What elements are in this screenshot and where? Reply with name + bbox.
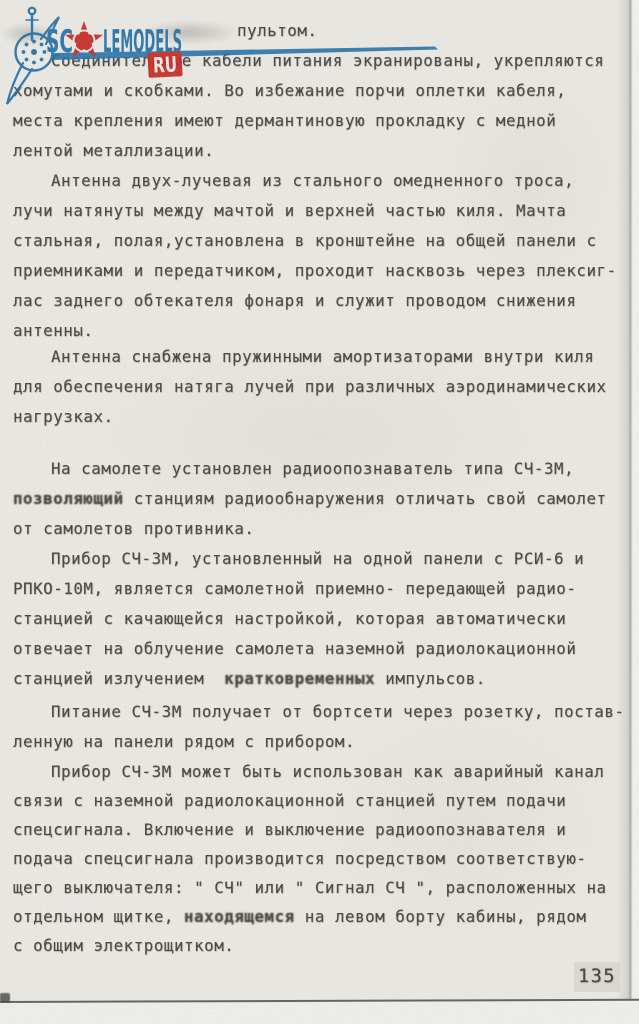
text-line: связи с наземной радиолокационной станци… bbox=[13, 786, 635, 815]
paragraph: На самолете установлен радиоопознаватель… bbox=[13, 454, 635, 544]
text-line: На самолете установлен радиоопознаватель… bbox=[13, 454, 635, 484]
smudged-word: кратковременных bbox=[224, 669, 375, 688]
text-line: стальная, полая,установлена в кронштейне… bbox=[13, 226, 635, 256]
text-line: Питание СЧ-3М получает от бортсети через… bbox=[13, 697, 635, 727]
watermark-logo: SC LEMODELS RU bbox=[2, 0, 447, 122]
text-line: для обеспечения натяга лучей при различн… bbox=[13, 372, 635, 402]
text-line: лентой металлизации. bbox=[13, 136, 635, 166]
text-line: ленную на панели рядом с прибором. bbox=[13, 727, 635, 757]
text-line: станцией с качающейся настройкой, котора… bbox=[13, 604, 635, 634]
text-line: станцией излучением кратковременных импу… bbox=[13, 664, 635, 694]
smudged-word: находящемся bbox=[184, 907, 295, 926]
scanner-edge-bottom bbox=[0, 999, 639, 1024]
text-line: спецсигнала. Включение и выключение ради… bbox=[13, 815, 635, 844]
paragraph: Антенна снабжена пружинными амортизатора… bbox=[13, 342, 635, 432]
ru-badge: RU bbox=[147, 51, 182, 78]
ru-badge-label: RU bbox=[152, 52, 177, 77]
text-line: от самолетов противника. bbox=[13, 514, 635, 544]
text-line: позволяющий станциям радиообнаружения от… bbox=[13, 484, 635, 514]
text-line: с общим электрощитком. bbox=[13, 931, 635, 960]
text-line: Антенна двух-лучевая из стального омедне… bbox=[13, 166, 635, 196]
page-number: 135 bbox=[574, 962, 620, 992]
text-line: отдельном щитке, находящемся на левом бо… bbox=[13, 902, 635, 931]
smudged-word: позволяющий bbox=[13, 489, 124, 508]
brand-text-sc: SC bbox=[46, 24, 73, 60]
text-line: приемниками и передатчиком, проходит нас… bbox=[13, 256, 635, 286]
paragraph: Антенна двух-лучевая из стального омедне… bbox=[13, 166, 635, 346]
text-line: нагрузках. bbox=[13, 402, 635, 432]
text-line: лас заднего обтекателя фонаря и служит п… bbox=[13, 286, 635, 316]
paragraph: Питание СЧ-3М получает от бортсети через… bbox=[13, 697, 635, 757]
corner-ink-mark bbox=[0, 993, 10, 1002]
paragraph: Прибор СЧ-3М, установленный на одной пан… bbox=[13, 544, 635, 694]
text-line: отвечает на облучение самолета наземной … bbox=[13, 634, 635, 664]
text-line: подача спецсигнала производится посредст… bbox=[13, 844, 635, 873]
text-line: лучи натянуты между мачтой и верхней час… bbox=[13, 196, 635, 226]
text-line: Прибор СЧ-3М может быть использован как … bbox=[13, 757, 635, 786]
paragraph: Прибор СЧ-3М может быть использован как … bbox=[13, 757, 635, 960]
text-line: щего выключателя: " СЧ" или " Сигнал СЧ … bbox=[13, 873, 635, 902]
text-line: Прибор СЧ-3М, установленный на одной пан… bbox=[13, 544, 635, 574]
text-line: РПКО-10М, является самолетной приемно- п… bbox=[13, 574, 635, 604]
text-line: Антенна снабжена пружинными амортизатора… bbox=[13, 342, 635, 372]
document-body: пультом.Соединительные кабели питания эк… bbox=[13, 16, 635, 960]
